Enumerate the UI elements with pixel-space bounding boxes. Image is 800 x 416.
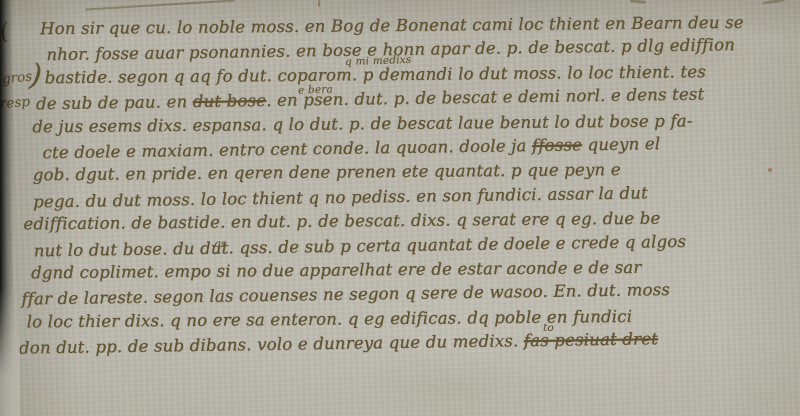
cropped-line-remnant	[85, 0, 235, 11]
struck-text: dut bose	[193, 91, 267, 111]
binding-gutter-fade	[0, 286, 20, 416]
ink-speck	[768, 168, 772, 172]
line-text: don dut. pp. de sub dibans. volo e dunre…	[19, 331, 524, 357]
line-text: cte doele e maxiam. entro cent conde. la…	[42, 136, 532, 162]
cropped-line-remnant	[630, 0, 646, 4]
interlinear-note: q mi medixs	[345, 54, 412, 68]
cropped-line-remnant	[762, 0, 786, 5]
line-text: gob. dgut. en pride. en qeren dene prene…	[33, 160, 621, 184]
struck-text: ffosse	[532, 135, 582, 155]
line-text: ediffication. de bastide. en dut. p. de …	[23, 209, 660, 234]
line-text: lo loc thier dixs. q no ere sa enteron. …	[27, 307, 633, 331]
line-text: queyn el	[582, 134, 661, 154]
line-text: de sub de pau. en	[36, 92, 193, 113]
parchment-stain	[340, 350, 560, 416]
line-text: dgnd coplimet. empo si no due apparelhat…	[31, 258, 642, 283]
ink-speck	[612, 332, 615, 335]
interlinear-note: qs	[214, 238, 227, 250]
cropped-line-remnant	[318, 0, 320, 7]
interlinear-note: to	[543, 322, 554, 334]
manuscript-page: Hon sir que cu. lo noble moss. en Bog de…	[0, 0, 800, 416]
interlinear-note: e bera	[298, 83, 333, 96]
